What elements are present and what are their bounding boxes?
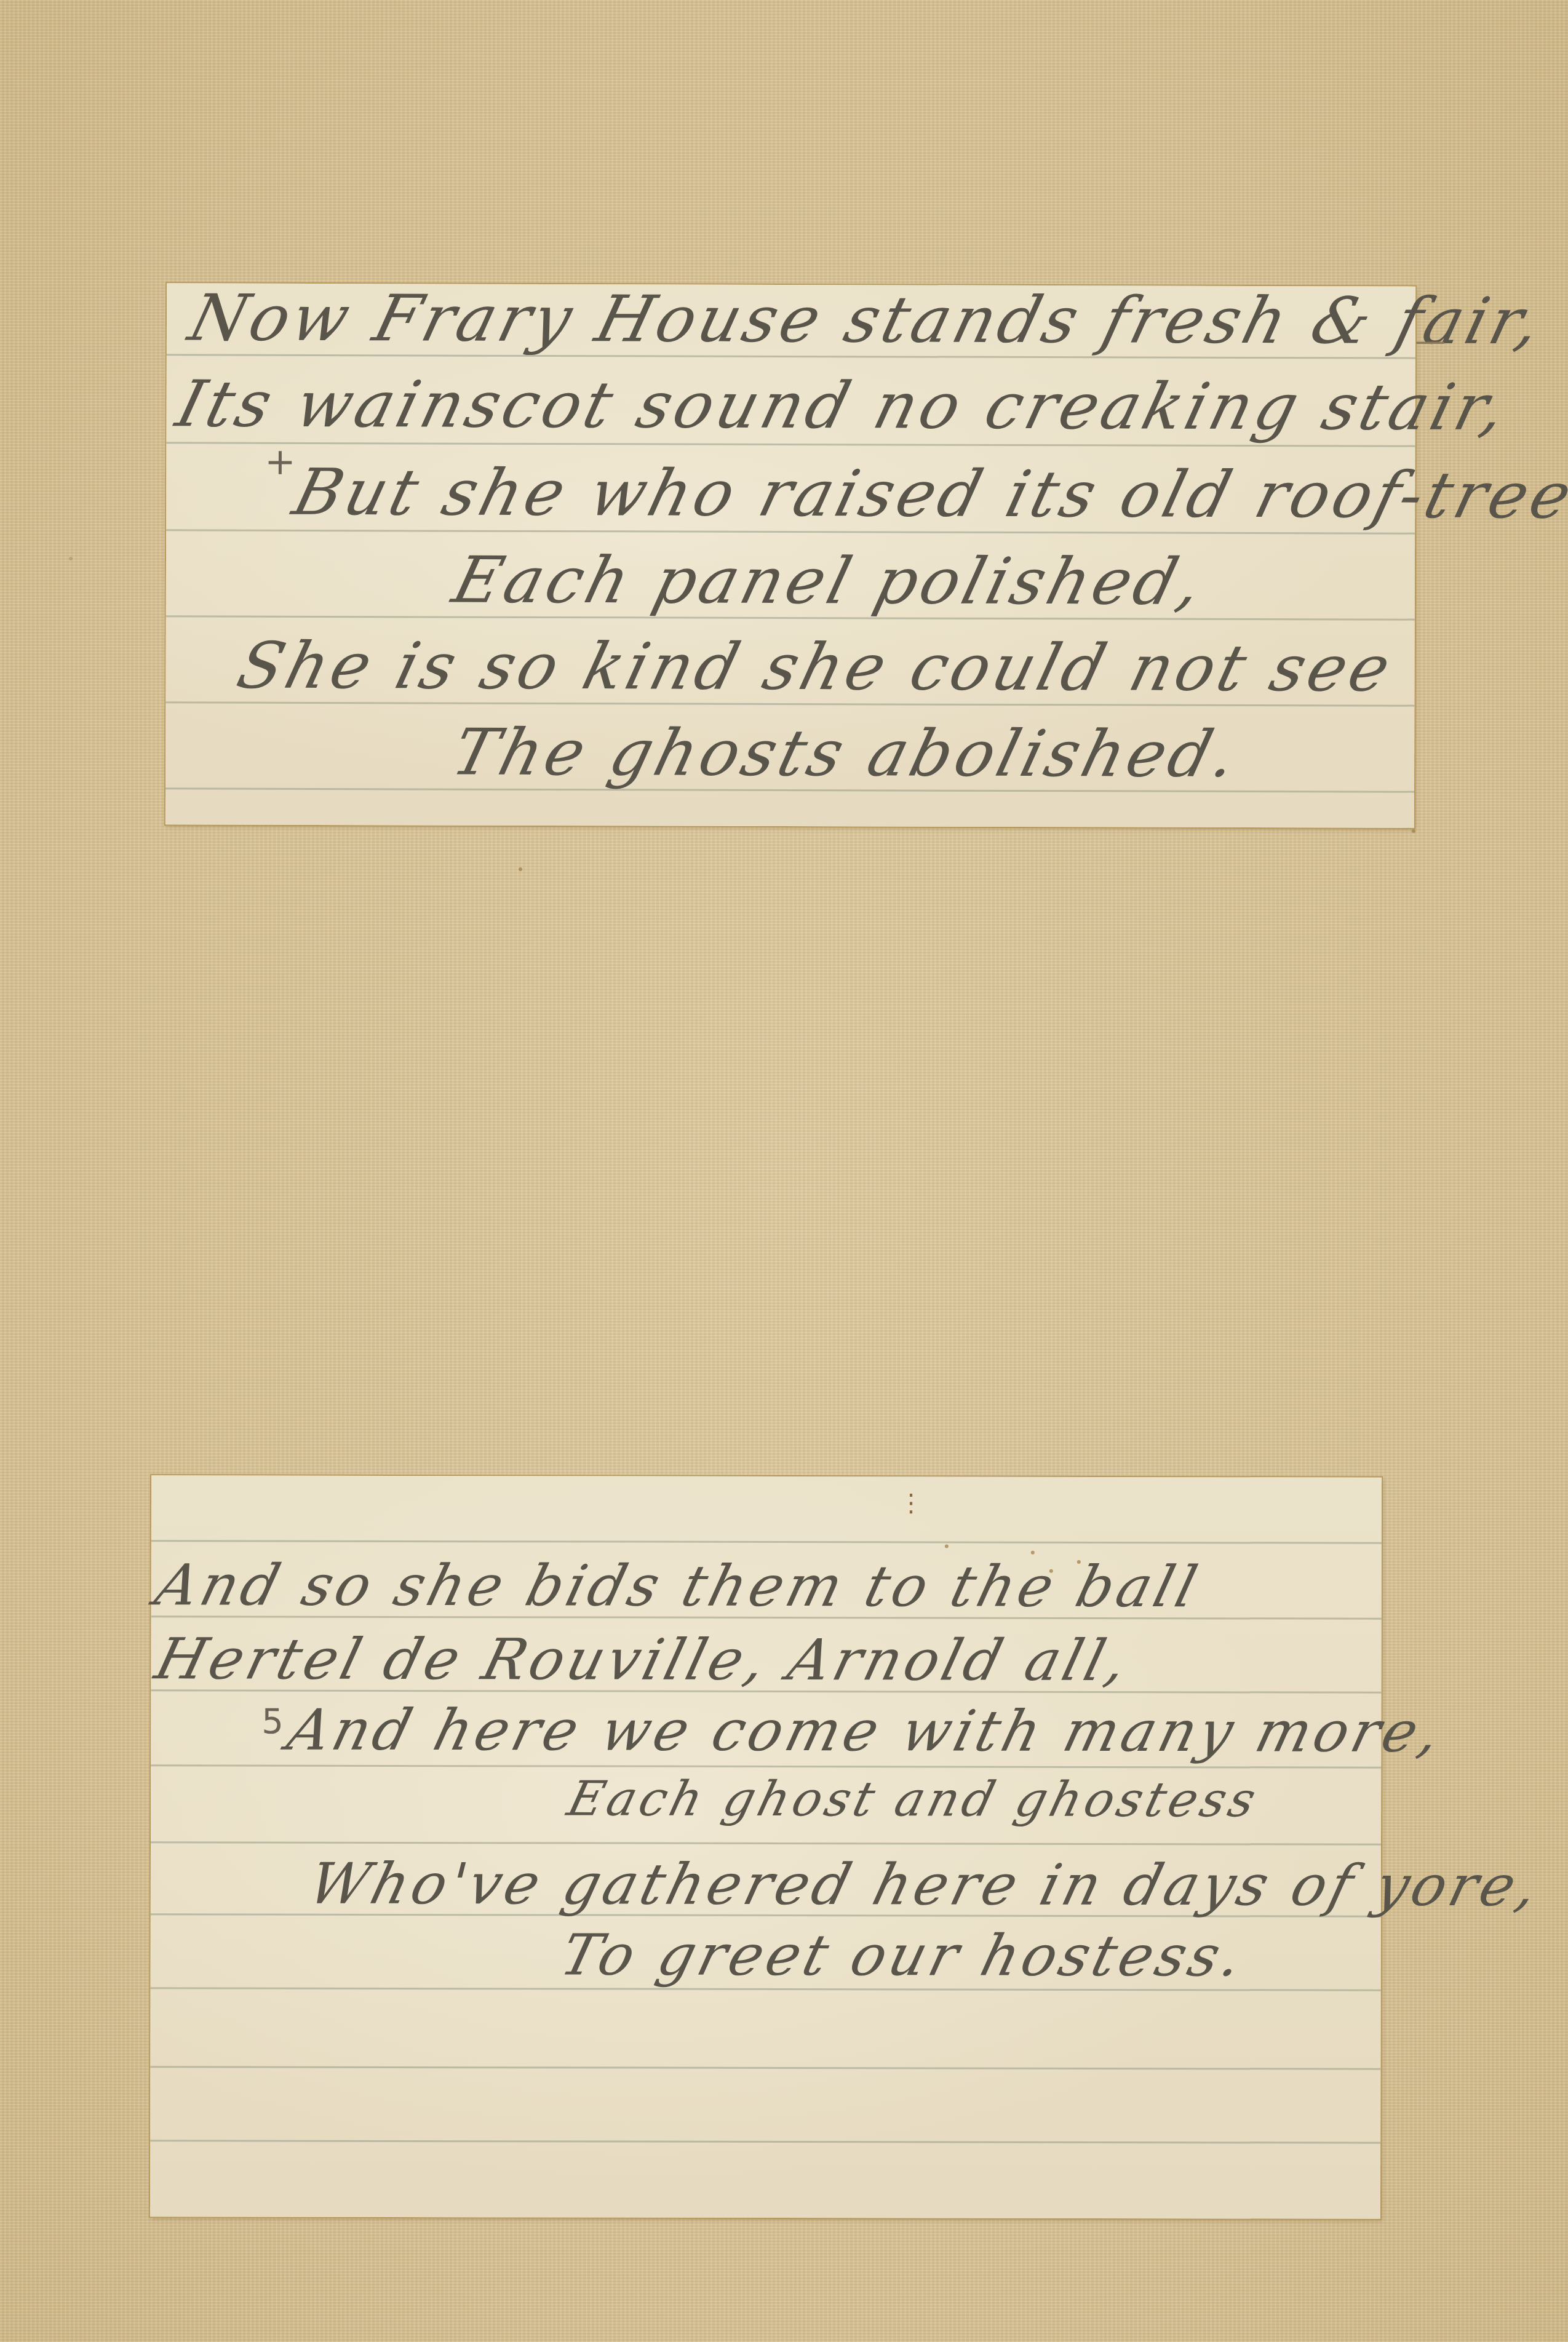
verse-line: Hertel de Rouville, Arnold all, <box>149 1626 1137 1694</box>
foxing-speck <box>945 1545 949 1548</box>
verse-line: But she who raised its old roof-tree <box>286 455 1568 533</box>
ruled-line <box>150 2140 1380 2143</box>
mount-board: Now Frary House stands fresh & fair, Its… <box>0 0 1568 2342</box>
verse-line: She is so kind she could not see <box>230 628 1401 706</box>
manuscript-card-bottom: ⋮ And so she bids them to the ball Herte… <box>150 1475 1382 2218</box>
verse-line: Each ghost and ghostess <box>562 1771 1265 1828</box>
insertion-mark: + <box>265 440 295 484</box>
foxing-speck <box>519 867 522 871</box>
foxing-speck <box>69 557 73 560</box>
verse-line: And so she bids them to the ball <box>149 1552 1207 1620</box>
manuscript-card-top: Now Frary House stands fresh & fair, Its… <box>165 283 1415 827</box>
verse-line: Each panel polished, <box>446 543 1214 619</box>
edge-mark: — <box>1415 323 1446 359</box>
verse-line: To greet our hostess. <box>554 1922 1252 1989</box>
verse-line: The ghosts abolished. <box>445 715 1248 792</box>
top-mark: ⋮ <box>899 1489 923 1517</box>
verse-line: Who've gathered here in days of yore, <box>302 1851 1548 1919</box>
ruled-line <box>151 1540 1382 1543</box>
verse-line: Its wainscot sound no creaking stair, <box>169 366 1517 445</box>
foxing-speck <box>1412 829 1415 833</box>
ruled-line <box>150 2066 1380 2069</box>
verse-line: And here we come with many more, <box>281 1697 1451 1765</box>
verse-line: Now Frary House stands fresh & fair, <box>182 280 1552 359</box>
ruled-line <box>151 1764 1381 1768</box>
ruled-line <box>151 1841 1381 1845</box>
margin-mark: 5 <box>261 1702 284 1742</box>
